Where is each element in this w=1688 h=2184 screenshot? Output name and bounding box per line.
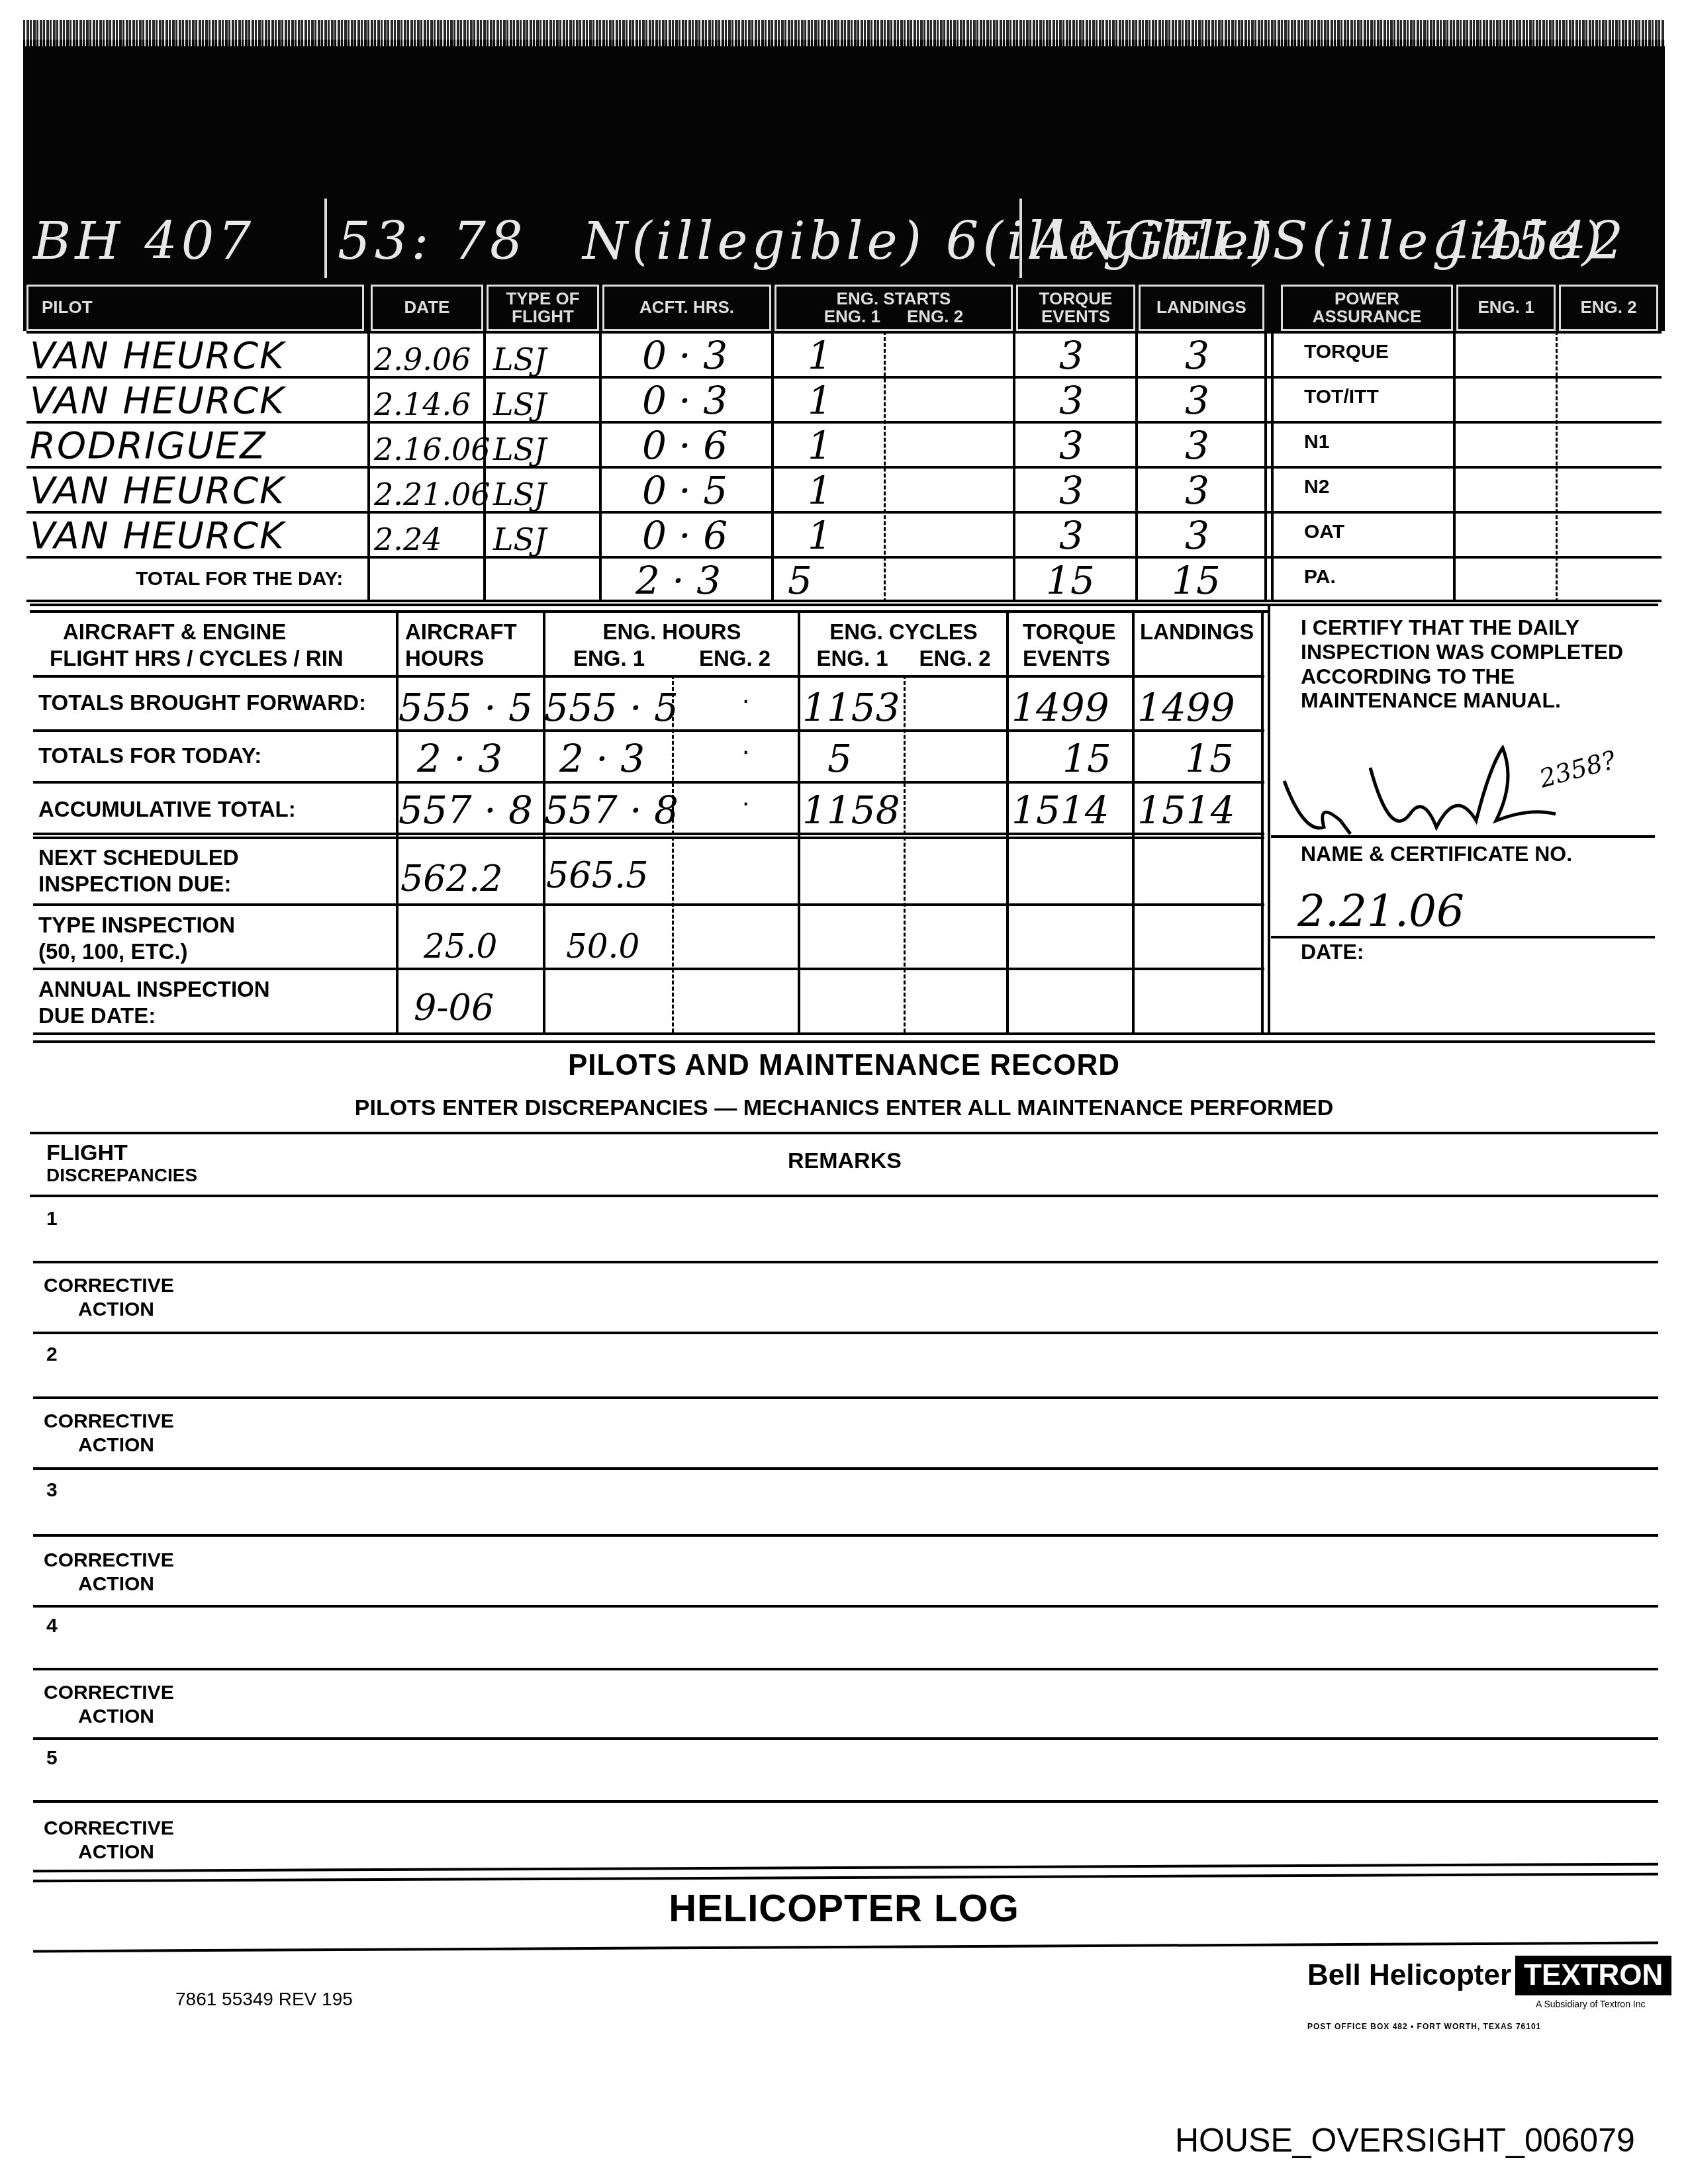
cert-line: INSPECTION WAS COMPLETED — [1301, 640, 1623, 664]
date-label: DATE: — [1301, 940, 1364, 964]
landings: 1514 — [1137, 790, 1235, 829]
col-header-pa-eng2: ENG. 2 — [1559, 285, 1658, 331]
eng2-label: ENG. 2 — [907, 308, 963, 326]
landings: 3 — [1185, 426, 1209, 465]
subsidiary-note: A Subsidiary of Textron Inc — [1536, 1999, 1646, 2009]
corrective-action-field[interactable] — [172, 1401, 1655, 1464]
aircraft-next-inspection: 562.2 — [400, 857, 503, 897]
aircraft-hours: 2 · 3 — [417, 738, 502, 778]
row-divider — [33, 675, 1264, 678]
acft-hrs: 0 · 6 — [642, 516, 727, 555]
section-divider — [30, 604, 1658, 606]
acft-hrs: 0 · 3 — [642, 336, 727, 375]
row-divider — [33, 968, 1264, 970]
pa-label-oat: OAT — [1304, 521, 1344, 543]
acft-hrs: 0 · 5 — [642, 471, 727, 510]
label-line: ANNUAL INSPECTION — [38, 976, 270, 1003]
row-divider — [33, 1668, 1658, 1670]
form-title: HELICOPTER LOG — [0, 1886, 1688, 1931]
corrective-action-field[interactable] — [172, 1672, 1655, 1735]
total-eng1-starts: 5 — [788, 561, 812, 600]
pilot-name: VAN HEURCK — [30, 381, 285, 420]
label-line: ACTION — [44, 1705, 174, 1729]
row-label: TOTALS FOR TODAY: — [38, 743, 261, 769]
pilot-name: VAN HEURCK — [30, 516, 285, 555]
aircraft-hours-header: AIRCRAFT HOURS — [405, 619, 517, 671]
label-line: DISCREPANCIES — [46, 1165, 197, 1185]
name-certificate-label: NAME & CERTIFICATE NO. — [1301, 842, 1572, 866]
label-line: CORRECTIVE — [44, 1549, 174, 1572]
label-line: CORRECTIVE — [44, 1681, 174, 1705]
eng1-hours: 555 · 5 — [544, 687, 679, 727]
col-header-date: DATE — [371, 285, 483, 331]
remarks-label: REMARKS — [788, 1148, 902, 1174]
bates-number: HOUSE_OVERSIGHT_006079 — [1175, 2121, 1635, 2160]
acft-hrs: 0 · 3 — [642, 381, 727, 420]
pa-label-torque: TORQUE — [1304, 341, 1389, 363]
row-divider — [26, 466, 1662, 469]
flight-type: LSJ — [493, 516, 547, 555]
certification-date: 2.21.06 — [1297, 887, 1464, 933]
row-label: ACCUMULATIVE TOTAL: — [38, 796, 296, 823]
pa-label-tot-itt: TOT/ITT — [1304, 386, 1379, 408]
corrective-action-label: CORRECTIVE ACTION — [44, 1817, 174, 1864]
torque-events: 15 — [1062, 738, 1111, 778]
svg-text:2358?: 2358? — [1536, 745, 1619, 794]
corrective-action-field[interactable] — [172, 1265, 1655, 1328]
grid-line — [1132, 610, 1135, 1034]
torque-events: 3 — [1059, 516, 1084, 555]
label-line: DUE DATE: — [38, 1003, 270, 1029]
torque-events: 3 — [1059, 426, 1084, 465]
eng-hours-header: ENG. HOURS ENG. 1ENG. 2 — [546, 619, 798, 671]
aircraft-type-inspection: 25.0 — [424, 927, 497, 963]
row-divider — [33, 903, 1264, 906]
label-line: ACTION — [44, 1572, 174, 1596]
footer-divider — [33, 1942, 1658, 1953]
flight-date: 2.24 — [374, 516, 442, 555]
label-line: AIRCRAFT — [405, 619, 517, 645]
company-address: POST OFFICE BOX 482 • FORT WORTH, TEXAS … — [1307, 2022, 1541, 2031]
col-header-landings: LANDINGS — [1139, 285, 1264, 331]
label-line: FLIGHT — [46, 1142, 197, 1165]
aircraft-hours: 555 · 5 — [399, 687, 533, 727]
eng-cycles-header: ENG. CYCLES ENG. 1ENG. 2 — [801, 619, 1006, 671]
form-number: 7861 55349 REV 195 — [175, 1989, 353, 2010]
label-line: AIRCRAFT & ENGINE — [50, 619, 344, 645]
row-label: TOTALS BROUGHT FORWARD: — [38, 690, 366, 716]
pa-label-n1: N1 — [1304, 431, 1329, 453]
row-label: ANNUAL INSPECTION DUE DATE: — [38, 976, 270, 1028]
flight-type: LSJ — [493, 381, 547, 420]
eng2-hours: · — [741, 790, 750, 816]
eng1-label: ENG. 1 — [816, 645, 888, 672]
col-header-power-assurance: POWER ASSURANCE — [1281, 285, 1453, 331]
torque-events: 3 — [1059, 471, 1084, 510]
landings: 3 — [1185, 336, 1209, 375]
eng1-cycles: 1153 — [802, 687, 900, 727]
grid-line — [1006, 610, 1009, 1034]
row-divider — [33, 1332, 1658, 1334]
row-divider — [33, 781, 1264, 784]
grid-line — [1268, 604, 1270, 1034]
discrepancy-remarks-field[interactable] — [172, 1199, 1655, 1255]
row-divider — [26, 331, 1662, 334]
label-line: TYPE INSPECTION — [38, 912, 235, 938]
row-divider — [33, 1396, 1658, 1399]
corrective-action-label: CORRECTIVE ACTION — [44, 1274, 174, 1322]
pilot-name: RODRIGUEZ — [30, 426, 267, 465]
corrective-action-field[interactable] — [172, 1539, 1655, 1602]
brand-name: Bell Helicopter — [1307, 1959, 1511, 1992]
aircraft-hours: 557 · 8 — [399, 790, 533, 829]
eng1-hours: 2 · 3 — [559, 738, 645, 778]
section-divider — [30, 1195, 1658, 1197]
row-divider — [33, 1605, 1658, 1608]
signature-line — [1271, 835, 1655, 838]
eng1-type-inspection: 50.0 — [566, 927, 639, 963]
row-divider — [33, 1737, 1658, 1740]
eng1-starts: 1 — [808, 336, 832, 375]
row-divider — [33, 1800, 1658, 1803]
label-line: FLIGHT HRS / CYCLES / RIN — [50, 645, 344, 672]
label-line: ACTION — [44, 1298, 174, 1322]
record-subtitle: PILOTS ENTER DISCREPANCIES — MECHANICS E… — [0, 1095, 1688, 1121]
label-line: ACTION — [44, 1841, 174, 1864]
eng2-hours: · — [741, 738, 750, 764]
eng2-label: ENG. 2 — [699, 645, 771, 672]
row-divider — [33, 1040, 1655, 1043]
cert-line: I CERTIFY THAT THE DAILY — [1301, 615, 1623, 640]
col-header-type-of-flight: TYPE OF FLIGHT — [487, 285, 599, 331]
flight-date: 2.21.06 — [374, 471, 491, 510]
row-divider — [33, 837, 1264, 839]
discrepancy-remarks-field[interactable] — [172, 1471, 1655, 1527]
label-line: TORQUE — [1023, 619, 1116, 645]
grid-line-dashed — [904, 675, 906, 1032]
total-acft-hrs: 2 · 3 — [635, 561, 721, 600]
eng1-label: ENG. 1 — [824, 308, 880, 326]
eng1-starts: 1 — [808, 426, 832, 465]
label-line: (50, 100, ETC.) — [38, 938, 235, 965]
label-line: CORRECTIVE — [44, 1817, 174, 1841]
eng1-next-inspection: 565.5 — [546, 854, 649, 893]
flight-type: LSJ — [493, 471, 547, 510]
total-landings: 15 — [1172, 561, 1221, 600]
label-line: HOURS — [405, 645, 517, 672]
entry-number: 1 — [46, 1208, 58, 1230]
col-header-pilot: PILOT — [26, 285, 364, 331]
row-divider — [33, 1467, 1658, 1470]
discrepancy-remarks-field[interactable] — [172, 1741, 1655, 1797]
pilot-name: VAN HEURCK — [30, 336, 285, 375]
landings: 15 — [1185, 738, 1234, 778]
eng2-hours: · — [741, 687, 750, 713]
flight-discrepancies-label: FLIGHT DISCREPANCIES — [46, 1142, 197, 1185]
col-header-torque-events: TORQUE EVENTS — [1016, 285, 1135, 331]
discrepancy-remarks-field[interactable] — [172, 1608, 1655, 1664]
aircraft-model: BH 407 — [33, 212, 255, 271]
flight-type: LSJ — [493, 426, 547, 465]
grid-line — [798, 610, 800, 1034]
aircraft-number: 14542 — [1443, 212, 1627, 271]
aircraft-serial: 53: 78 — [338, 212, 527, 271]
landings: 3 — [1185, 381, 1209, 420]
totals-header-label: AIRCRAFT & ENGINE FLIGHT HRS / CYCLES / … — [50, 619, 344, 671]
corrective-action-label: CORRECTIVE ACTION — [44, 1410, 174, 1457]
header-divider — [1019, 199, 1022, 278]
corrective-action-label: CORRECTIVE ACTION — [44, 1681, 174, 1729]
torque-events: 1514 — [1011, 790, 1109, 829]
textron-box: TEXTRON — [1515, 1956, 1671, 1995]
row-label: NEXT SCHEDULED INSPECTION DUE: — [38, 844, 239, 897]
label-line: INSPECTION DUE: — [38, 871, 239, 897]
flight-date: 2.14.6 — [374, 381, 471, 420]
landings: 3 — [1185, 471, 1209, 510]
eng1-cycles: 5 — [827, 738, 852, 778]
eng1-starts: 1 — [808, 516, 832, 555]
eng1-cycles: 1158 — [802, 790, 900, 829]
row-divider — [33, 1534, 1658, 1537]
inspector-signature: 2358? — [1278, 741, 1648, 841]
entry-number: 4 — [46, 1615, 58, 1637]
entry-number: 3 — [46, 1479, 58, 1502]
row-label: TYPE INSPECTION (50, 100, ETC.) — [38, 912, 235, 964]
row-divider — [33, 1032, 1655, 1035]
grid-line — [1261, 610, 1264, 1034]
annual-inspection-due: 9-06 — [414, 986, 494, 1026]
date-line — [1271, 936, 1655, 938]
row-divider — [33, 1261, 1658, 1263]
flight-date: 2.9.06 — [374, 336, 471, 375]
eng-starts-label: ENG. STARTS — [837, 290, 951, 308]
corrective-action-label: CORRECTIVE ACTION — [44, 1549, 174, 1596]
row-divider — [33, 833, 1264, 835]
landings-header: LANDINGS — [1140, 619, 1254, 645]
label-line: NEXT SCHEDULED — [38, 844, 239, 871]
cert-line: MAINTENANCE MANUAL. — [1301, 688, 1623, 713]
col-header-eng-starts: ENG. STARTS ENG. 1ENG. 2 — [774, 285, 1013, 331]
pa-label-pa: PA. — [1304, 566, 1336, 588]
col-header-pa-eng1: ENG. 1 — [1456, 285, 1556, 331]
label-line: ACTION — [44, 1433, 174, 1457]
eng1-hours: 557 · 8 — [544, 790, 679, 829]
record-title: PILOTS AND MAINTENANCE RECORD — [0, 1049, 1688, 1082]
torque-events: 1499 — [1011, 687, 1109, 727]
landings: 1499 — [1137, 687, 1235, 727]
entry-number: 5 — [46, 1747, 58, 1770]
landings: 3 — [1185, 516, 1209, 555]
torque-events-header: TORQUE EVENTS — [1023, 619, 1116, 671]
flight-date: 2.16.06 — [374, 426, 491, 465]
corrective-action-field[interactable] — [172, 1805, 1655, 1868]
torque-events: 3 — [1059, 336, 1084, 375]
eng1-label: ENG. 1 — [573, 645, 645, 672]
label-line: EVENTS — [1023, 645, 1116, 672]
pa-label-n2: N2 — [1304, 476, 1329, 498]
label-line: CORRECTIVE — [44, 1410, 174, 1433]
col-header-acft-hrs: ACFT. HRS. — [602, 285, 771, 331]
total-torque-events: 15 — [1046, 561, 1095, 600]
eng2-label: ENG. 2 — [919, 645, 990, 672]
row-divider — [26, 600, 1662, 602]
section-divider — [30, 1132, 1658, 1134]
label-line: ENG. CYCLES — [801, 619, 1006, 645]
pilot-name: VAN HEURCK — [30, 471, 285, 510]
flight-type: LSJ — [493, 336, 547, 375]
eng1-starts: 1 — [808, 471, 832, 510]
cert-line: ACCORDING TO THE — [1301, 664, 1623, 689]
header-divider — [324, 199, 327, 278]
entry-number: 2 — [46, 1343, 58, 1366]
label-line: ENG. HOURS — [546, 619, 798, 645]
torque-events: 3 — [1059, 381, 1084, 420]
certification-statement: I CERTIFY THAT THE DAILY INSPECTION WAS … — [1301, 615, 1623, 713]
bell-textron-logo: Bell Helicopter TEXTRON — [1307, 1956, 1671, 1995]
acft-hrs: 0 · 6 — [642, 426, 727, 465]
discrepancy-remarks-field[interactable] — [172, 1336, 1655, 1392]
section-divider — [30, 610, 1268, 613]
footer-divider — [33, 1873, 1658, 1883]
eng1-starts: 1 — [808, 381, 832, 420]
label-line: CORRECTIVE — [44, 1274, 174, 1298]
total-for-day-label: TOTAL FOR THE DAY: — [136, 568, 343, 590]
